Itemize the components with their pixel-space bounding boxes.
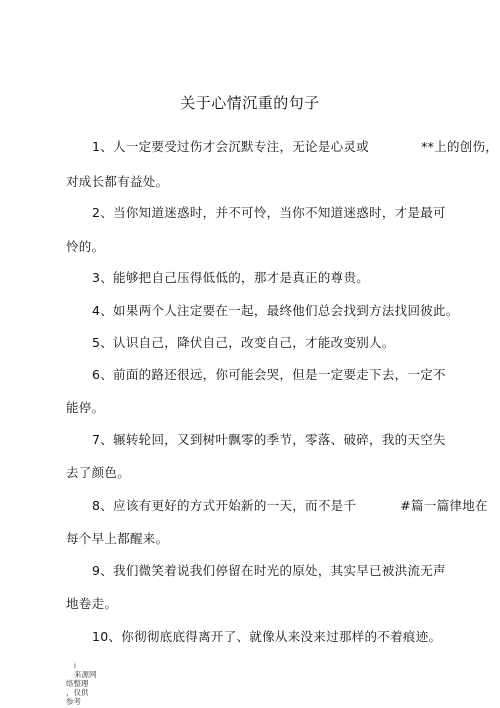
paragraph-6-line-2: 能停。 (66, 398, 104, 416)
paragraph-text: **上的创伤， (421, 139, 498, 154)
paragraph-5-line-1: 5、认识自己，降伏自己，改变自己，才能改变别人。 (92, 333, 395, 351)
paragraph-7-line-2: 去了颜色。 (66, 463, 130, 481)
paragraph-4-line-1: 4、如果两个人注定要在一起，最终他们总会找到方法找回彼此。 (92, 301, 459, 319)
footnote-line: 参考 (66, 697, 97, 706)
paragraph-9-line-1: 9、我们微笑着说我们停留在时光的原处，其实早已被洪流无声 (92, 561, 446, 579)
paragraph-2-line-1: 2、当你知道迷惑时，并不可怜，当你不知道迷惑时，才是最可 (92, 203, 446, 221)
source-footnote: i 来源网 络整理 ，仅供 参考 (66, 670, 97, 706)
paragraph-9-line-2: 地卷走。 (66, 594, 117, 612)
paragraph-3-line-1: 3、能够把自己压得低低的，那才是真正的尊贵。 (92, 268, 369, 286)
paragraph-text: #篇一篇律地在 (400, 498, 488, 513)
paragraph-10-line-1: 10、你彻彻底底得离开了、就像从来没来过那样的不着痕迹。 (92, 627, 441, 645)
footnote-line: ，仅供 (66, 688, 97, 697)
paragraph-text: 8、应该有更好的方式开始新的一天，而不是千 (92, 498, 356, 513)
paragraph-2-line-2: 怜的。 (66, 237, 104, 255)
paragraph-6-line-1: 6、前面的路还很远，你可能会哭，但是一定要走下去，一定不 (92, 365, 446, 383)
paragraph-text: 1、人一定要受过伤才会沉默专注，无论是心灵或 (92, 139, 369, 154)
footnote-mark: i (74, 662, 76, 671)
paragraph-7-line-1: 7、辗转轮回，又到树叶飘零的季节，零落、破碎，我的天空失 (92, 430, 446, 448)
paragraph-1-line-2: 对成长都有益处。 (66, 172, 168, 190)
footnote-line: 来源网 (66, 670, 97, 679)
paragraph-8-line-2: 每个早上都醒来。 (66, 529, 168, 547)
footnote-line: 络整理 (66, 679, 97, 688)
document-title: 关于心情沉重的句子 (0, 92, 500, 113)
paragraph-8-line-1: 8、应该有更好的方式开始新的一天，而不是千#篇一篇律地在 (92, 496, 488, 514)
paragraph-1-line-1: 1、人一定要受过伤才会沉默专注，无论是心灵或**上的创伤， (92, 137, 498, 155)
